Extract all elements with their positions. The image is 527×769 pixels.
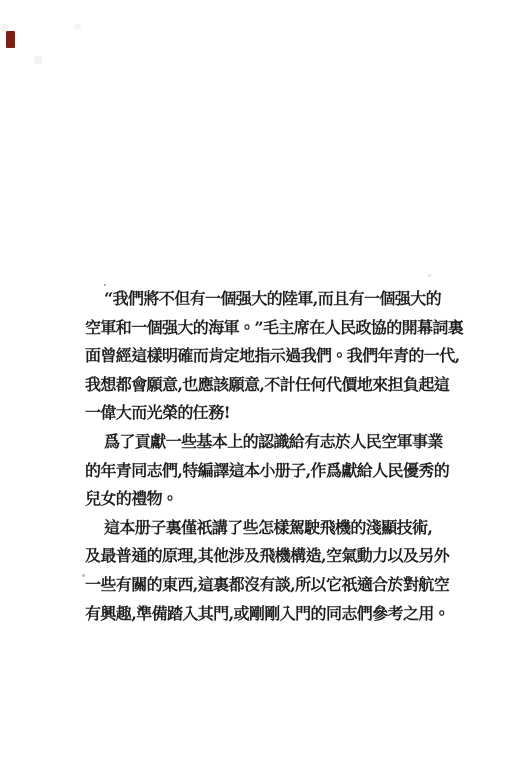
scan-noise-dot: [428, 274, 431, 277]
text-line: 的年青同志們,特編譯這本小册子,作爲獻給人民優秀的: [85, 457, 461, 486]
scan-speck: [34, 56, 42, 64]
text-line: 我想都會願意,也應該願意,不計任何代價地來担負起這: [85, 371, 461, 400]
text-line: 兒女的禮物。: [85, 485, 461, 514]
text-line: 空軍和一個强大的海軍。”毛主席在人民政協的開幕詞裏: [85, 314, 461, 343]
text-line: “我們將不但有一個强大的陸軍,而且有一個强大的: [85, 285, 461, 314]
scan-speck: [1, 24, 8, 31]
text-line: 這本册子裏僅祇講了些怎樣駕駛飛機的淺顯技術,: [85, 514, 461, 543]
text-line: 面曾經這樣明確而肯定地指示過我們。我們年青的一代,: [85, 342, 461, 371]
red-stamp-mark: [6, 31, 15, 48]
text-line: 爲了貢獻一些基本上的認識給有志於人民空軍事業: [85, 428, 461, 457]
text-line: 一些有關的東西,這裏都沒有談,所以它祇適合於對航空: [85, 571, 461, 600]
preface-text-block: “我們將不但有一個强大的陸軍,而且有一個强大的 空軍和一個强大的海軍。”毛主席在…: [85, 285, 461, 628]
scan-speck: [74, 24, 81, 30]
text-line: 一偉大而光榮的任務!: [85, 399, 461, 428]
scanned-book-page: “我們將不但有一個强大的陸軍,而且有一個强大的 空軍和一個强大的海軍。”毛主席在…: [0, 0, 527, 769]
text-line: 有興趣,準備踏入其門,或剛剛入門的同志們參考之用。: [85, 600, 461, 629]
text-line: 及最普通的原理,其他涉及飛機構造,空氣動力以及另外: [85, 542, 461, 571]
